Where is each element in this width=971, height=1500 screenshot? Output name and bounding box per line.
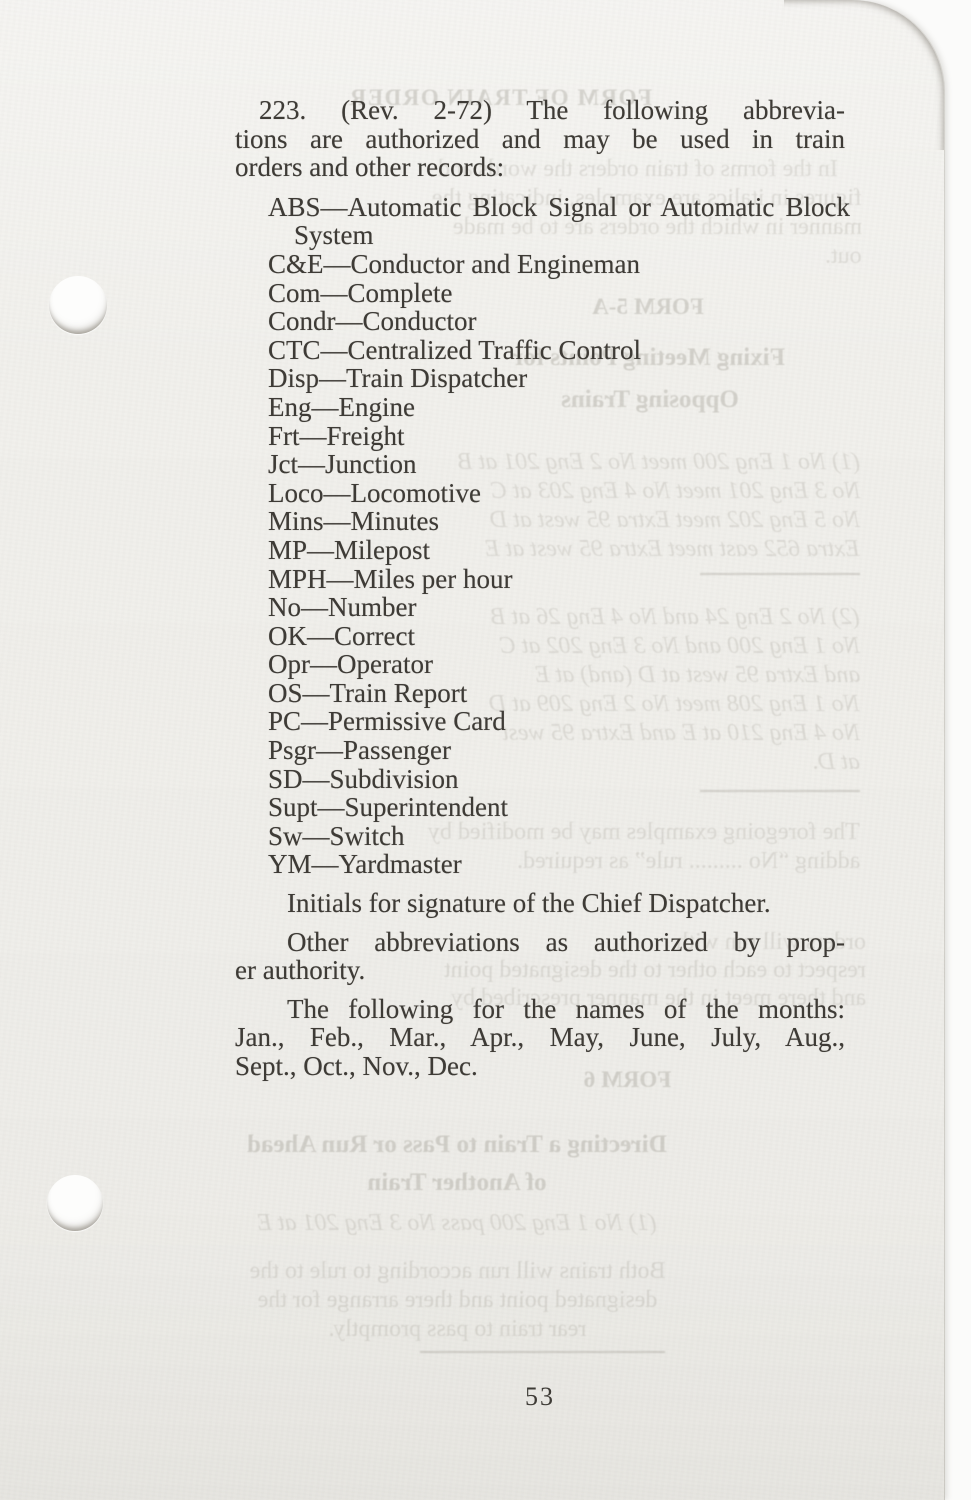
page-number: 53	[500, 1382, 580, 1412]
text-line: Jan., Feb., Mar., Apr., May, June, July,…	[235, 1023, 845, 1052]
abbreviation: No	[268, 592, 301, 622]
punch-hole-bottom	[47, 1175, 103, 1231]
text-line: er authority.	[235, 956, 845, 985]
abbreviation: MPH	[268, 564, 327, 594]
text-line: Sept., Oct., Nov., Dec.	[235, 1052, 845, 1081]
rule-text-column: 223. (Rev. 2-72) The following abbrevia-…	[235, 96, 845, 1081]
abbreviation-meaning: Superintendent	[345, 792, 508, 822]
abbreviation-meaning: Conductor	[363, 306, 477, 336]
dash: —	[307, 535, 334, 565]
abbreviation: Mins	[268, 506, 324, 536]
abbreviation-entry: PC—Permissive Card	[268, 707, 850, 736]
abbreviation-meaning: Automatic Block Signal or Automatic Bloc…	[294, 192, 850, 251]
abbreviation-entry: ABS—Automatic Block Signal or Automatic …	[268, 193, 850, 250]
rule-223-paragraph: 223. (Rev. 2-72) The following abbrevia-…	[235, 96, 845, 182]
abbreviation: Condr	[268, 306, 336, 336]
abbreviation: Psgr	[268, 735, 316, 765]
abbreviation-meaning: Switch	[330, 821, 405, 851]
abbreviation: MP	[268, 535, 307, 565]
abbreviation-entry: OS—Train Report	[268, 679, 850, 708]
abbreviation-meaning: Train Report	[330, 678, 468, 708]
text-line: Other abbreviations as authorized by pro…	[235, 928, 845, 957]
abbreviation-entry: Mins—Minutes	[268, 507, 850, 536]
abbreviation: ABS	[268, 192, 321, 222]
abbreviation-entry: CTC—Centralized Traffic Control	[268, 336, 850, 365]
abbreviation-meaning: Engine	[339, 392, 415, 422]
initials-paragraph: Initials for signature of the Chief Disp…	[235, 889, 845, 918]
dash: —	[312, 392, 339, 422]
dash: —	[303, 821, 330, 851]
text-line: 223. (Rev. 2-72) The following abbrevia-	[235, 96, 845, 125]
text-line: Initials for signature of the Chief Disp…	[235, 889, 845, 918]
abbreviation: Eng	[268, 392, 312, 422]
abbreviation-meaning: Complete	[348, 278, 453, 308]
bleed-through-text: designated point and there arrange for t…	[240, 1286, 675, 1314]
abbreviation-meaning: Freight	[327, 421, 405, 451]
abbreviation-entry: Loco—Locomotive	[268, 479, 850, 508]
abbreviation-entry: Opr—Operator	[268, 650, 850, 679]
dash: —	[327, 564, 354, 594]
dash: —	[301, 706, 328, 736]
abbreviation-meaning: Milepost	[334, 535, 430, 565]
dash: —	[319, 363, 346, 393]
dash: —	[318, 792, 345, 822]
dash: —	[324, 506, 351, 536]
abbreviation: SD	[268, 764, 303, 794]
text-line: orders and other records:	[235, 153, 845, 182]
abbreviation-meaning: Miles per hour	[354, 564, 513, 594]
dash: —	[303, 678, 330, 708]
abbreviation: C&E	[268, 249, 324, 279]
abbreviation-entry: MP—Milepost	[268, 536, 850, 565]
abbreviation: YM	[268, 849, 312, 879]
abbreviation-meaning: Locomotive	[350, 478, 480, 508]
bleed-through-text: Both trains will run according to rule t…	[240, 1257, 675, 1285]
dash: —	[316, 735, 343, 765]
abbreviation-meaning: Subdivision	[330, 764, 459, 794]
abbreviation-entry: C&E—Conductor and Engineman	[268, 250, 850, 279]
dash: —	[323, 478, 350, 508]
abbreviation-meaning: Train Dispatcher	[346, 363, 527, 393]
bleed-through-divider	[420, 1351, 665, 1353]
abbreviation-entry: Frt—Freight	[268, 422, 850, 451]
punch-hole-top	[49, 276, 107, 334]
bleed-through-text: rear train to pass promptly.	[240, 1315, 675, 1343]
abbreviation-entry: YM—Yardmaster	[268, 850, 850, 879]
months-paragraph: The following for the names of the month…	[235, 995, 845, 1081]
abbreviation-entry: Com—Complete	[268, 279, 850, 308]
abbreviation-entry: Condr—Conductor	[268, 307, 850, 336]
abbreviation-meaning: Minutes	[351, 506, 440, 536]
abbreviation-meaning: Centralized Traffic Control	[348, 335, 641, 365]
abbreviation: OS	[268, 678, 303, 708]
abbreviation-entry: Jct—Junction	[268, 450, 850, 479]
text-line: The following for the names of the month…	[235, 995, 845, 1024]
abbreviation-meaning: Correct	[334, 621, 415, 651]
abbreviation: PC	[268, 706, 301, 736]
dash: —	[298, 449, 325, 479]
abbreviation-entry: SD—Subdivision	[268, 765, 850, 794]
abbreviation-entry: Psgr—Passenger	[268, 736, 850, 765]
abbreviation: CTC	[268, 335, 321, 365]
abbreviation-entry: MPH—Miles per hour	[268, 565, 850, 594]
abbreviation: Loco	[268, 478, 323, 508]
other-abbreviations-paragraph: Other abbreviations as authorized by pro…	[235, 928, 845, 985]
abbreviation-list: ABS—Automatic Block Signal or Automatic …	[235, 193, 845, 879]
abbreviation: Com	[268, 278, 321, 308]
abbreviation: Disp	[268, 363, 319, 393]
dash: —	[324, 249, 351, 279]
text-line: tions are authorized and may be used in …	[235, 125, 845, 154]
abbreviation: Opr	[268, 649, 310, 679]
bleed-through-form-6-heading: Directing a Train to Pass or Run Ahead	[232, 1131, 682, 1159]
abbreviation: OK	[268, 621, 307, 651]
dash: —	[336, 306, 363, 336]
abbreviation-entry: OK—Correct	[268, 622, 850, 651]
abbreviation-meaning: Conductor and Engineman	[351, 249, 640, 279]
abbreviation-entry: Disp—Train Dispatcher	[268, 364, 850, 393]
abbreviation-entry: No—Number	[268, 593, 850, 622]
abbreviation-meaning: Number	[328, 592, 416, 622]
abbreviation-meaning: Junction	[325, 449, 417, 479]
bleed-through-form-6-heading: of Another Train	[232, 1169, 682, 1197]
bleed-through-example: (1) No 1 Eng 200 pass No 3 Eng 201 at E	[252, 1209, 662, 1237]
abbreviation-meaning: Permissive Card	[328, 706, 506, 736]
dash: —	[303, 764, 330, 794]
abbreviation-meaning: Passenger	[343, 735, 451, 765]
abbreviation-entry: Sw—Switch	[268, 822, 850, 851]
abbreviation: Sw	[268, 821, 303, 851]
scanned-rulebook-page: FORM OF TRAIN ORDER In the forms of trai…	[0, 0, 945, 1500]
dash: —	[307, 621, 334, 651]
dash: —	[312, 849, 339, 879]
abbreviation-entry: Supt—Superintendent	[268, 793, 850, 822]
dash: —	[301, 592, 328, 622]
abbreviation: Supt	[268, 792, 318, 822]
dash: —	[321, 335, 348, 365]
abbreviation: Frt	[268, 421, 300, 451]
abbreviation-meaning: Yardmaster	[339, 849, 462, 879]
dash: —	[321, 192, 348, 222]
dash: —	[321, 278, 348, 308]
abbreviation: Jct	[268, 449, 298, 479]
abbreviation-meaning: Operator	[337, 649, 433, 679]
abbreviation-entry: Eng—Engine	[268, 393, 850, 422]
dash: —	[310, 649, 337, 679]
dash: —	[300, 421, 327, 451]
